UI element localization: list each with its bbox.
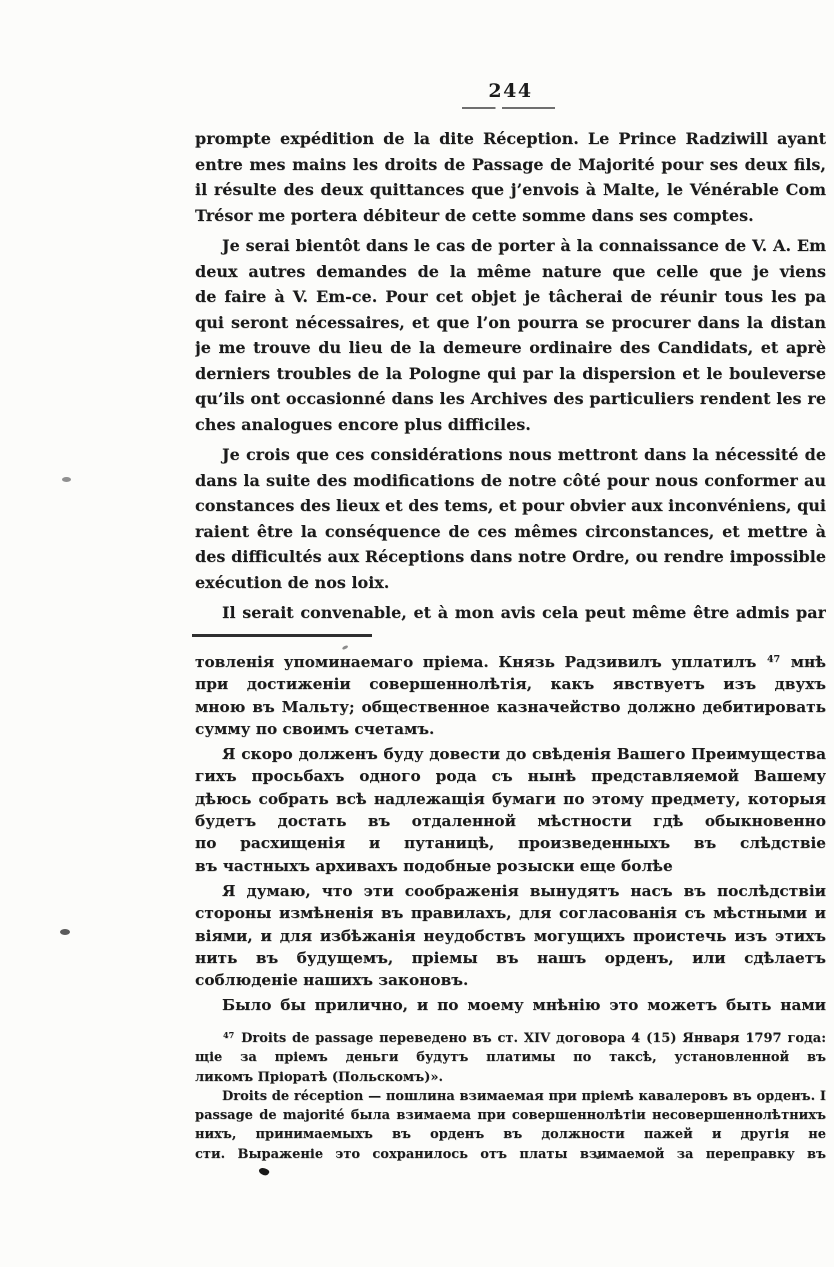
- paragraph: Droits de réception — пошлина взимаемая …: [195, 1087, 826, 1164]
- ink-speck: [596, 1156, 600, 1159]
- text-line: Trésor me portera débiteur de cette somm…: [195, 203, 826, 229]
- text-line: ликомъ Пріоратѣ (Польскомъ)».: [195, 1068, 826, 1087]
- page-number-rule: [462, 107, 555, 109]
- text-line: товленія упоминаемаго пріема. Князь Радз…: [195, 651, 826, 673]
- text-line: мною въ Мальту; общественное казначейств…: [195, 696, 826, 718]
- paragraph: Я думаю, что эти соображенія вынудятъ на…: [195, 880, 826, 991]
- text-line: derniers troubles de la Pologne qui par …: [195, 361, 826, 387]
- russian-text-block: товленія упоминаемаго пріема. Князь Радз…: [195, 651, 826, 1017]
- french-text-block: prompte expédition de la dite Réception.…: [195, 126, 826, 626]
- text-line: Я скоро долженъ буду довести до свѣденія…: [195, 743, 826, 765]
- text-line: prompte expédition de la dite Réception.…: [195, 126, 826, 152]
- paragraph: 47 Droits de passage переведено въ ст. X…: [195, 1029, 826, 1087]
- section-divider: [192, 634, 372, 637]
- footnote-block: 47 Droits de passage переведено въ ст. X…: [195, 1029, 826, 1164]
- text-line: exécution de nos loix.: [195, 570, 826, 596]
- text-line: passage de majorité была взимаема при со…: [195, 1106, 826, 1125]
- text-line: гихъ просьбахъ одного рода съ нынѣ предс…: [195, 765, 826, 787]
- text-line: стороны измѣненія въ правилахъ, для согл…: [195, 902, 826, 924]
- text-line: дѣюсь собрать всѣ надлежащія бумаги по э…: [195, 788, 826, 810]
- ink-speck: [62, 477, 71, 482]
- text-line: qu’ils ont occasionné dans les Archives …: [195, 386, 826, 412]
- text-line: сти. Выраженіе это сохранилось отъ платы…: [195, 1145, 826, 1164]
- ink-speck: [342, 645, 348, 650]
- text-line: Droits de réception — пошлина взимаемая …: [195, 1087, 826, 1106]
- ink-speck: [60, 929, 70, 935]
- text-line: il résulte des deux quittances que j’env…: [195, 177, 826, 203]
- text-line: соблюденіе нашихъ законовъ.: [195, 969, 826, 991]
- paragraph: Je crois que ces considérations nous met…: [195, 442, 826, 595]
- text-line: Я думаю, что эти соображенія вынудятъ на…: [195, 880, 826, 902]
- paragraph: Je serai bientôt dans le cas de porter à…: [195, 233, 826, 437]
- paragraph: товленія упоминаемаго пріема. Князь Радз…: [195, 651, 826, 740]
- book-page: 244 prompte expédition de la dite Récept…: [0, 0, 834, 1267]
- text-line: щіе за пріемъ деньги будутъ платимы по т…: [195, 1048, 826, 1067]
- text-line: при достиженіи совершеннолѣтія, какъ явс…: [195, 673, 826, 695]
- text-line: будетъ достать въ отдаленной мѣстности г…: [195, 810, 826, 832]
- paragraph: Я скоро долженъ буду довести до свѣденія…: [195, 743, 826, 877]
- paragraph: Il serait convenable, et à mon avis cela…: [195, 600, 826, 626]
- text-line: entre mes mains les droits de Passage de…: [195, 152, 826, 178]
- text-line: нихъ, принимаемыхъ въ орденъ въ должност…: [195, 1125, 826, 1144]
- text-line: deux autres demandes de la même nature q…: [195, 259, 826, 285]
- text-line: сумму по своимъ счетамъ.: [195, 718, 826, 740]
- text-line: 47 Droits de passage переведено въ ст. X…: [195, 1029, 826, 1048]
- text-line: ches analogues encore plus difficiles.: [195, 412, 826, 438]
- text-line: Je crois que ces considérations nous met…: [195, 442, 826, 468]
- text-line: raient être la conséquence de ces mêmes …: [195, 519, 826, 545]
- footnote-ref: 47: [766, 654, 781, 665]
- text-line: по расхищенія и путаницѣ, произведенныхъ…: [195, 832, 826, 854]
- text-line: constances des lieux et des tems, et pou…: [195, 493, 826, 519]
- paragraph: Было бы прилично, и по моему мнѣнію это …: [195, 994, 826, 1016]
- paragraph: prompte expédition de la dite Réception.…: [195, 126, 826, 228]
- text-line: qui seront nécessaires, et que l’on pour…: [195, 310, 826, 336]
- text-line: Je serai bientôt dans le cas de porter à…: [195, 233, 826, 259]
- text-line: Было бы прилично, и по моему мнѣнію это …: [195, 994, 826, 1016]
- footnote-ref: 47: [222, 1030, 235, 1040]
- text-line: въ частныхъ архивахъ подобные розыски ещ…: [195, 855, 826, 877]
- text-line: віями, и для избѣжанія неудобствъ могущи…: [195, 925, 826, 947]
- text-line: je me trouve du lieu de la demeure ordin…: [195, 335, 826, 361]
- page-number: 244: [195, 80, 826, 102]
- text-line: Il serait convenable, et à mon avis cela…: [195, 600, 826, 626]
- text-line: dans la suite des modifications de notre…: [195, 468, 826, 494]
- text-line: нить въ будущемъ, пріемы въ нашъ орденъ,…: [195, 947, 826, 969]
- text-line: de faire à V. Em-ce. Pour cet objet je t…: [195, 284, 826, 310]
- ink-speck: [258, 1166, 270, 1177]
- text-line: des difficultés aux Réceptions dans notr…: [195, 544, 826, 570]
